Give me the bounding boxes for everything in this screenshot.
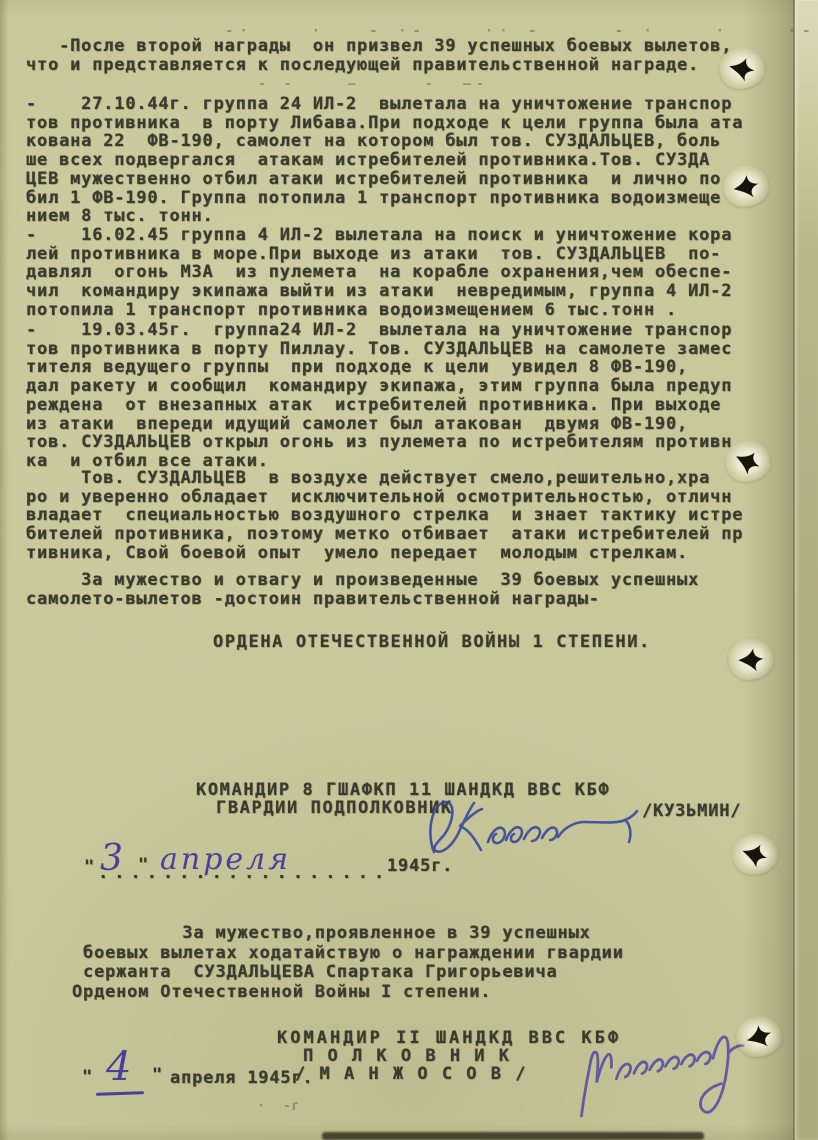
award-line: ОРДЕНА ОТЕЧЕСТВЕННОЙ ВОЙНЫ 1 СТЕПЕНИ. [213, 633, 651, 652]
paragraph-sortie-3: - 19.03.45г. группа24 ИЛ-2 вылетала на у… [26, 321, 732, 471]
paragraph-intro: -После второй награды он призвел 39 успе… [26, 37, 732, 74]
binding-edge-strip [795, 0, 818, 1140]
date1-typed-year: 1945г. [387, 857, 453, 876]
punch-hole [732, 833, 778, 875]
tear-icon [726, 53, 758, 83]
date2-open-quote: " [82, 1068, 93, 1087]
date2-stray-marks: · -г [257, 1098, 300, 1117]
sig1-typed-name: /КУЗЬМИН/ [642, 802, 741, 821]
punch-hole [723, 165, 769, 207]
page-left-edge-shade [0, 0, 9, 1140]
tear-icon [735, 644, 767, 674]
tear-icon [730, 171, 762, 201]
date2-close-quote: " [152, 1066, 163, 1085]
faded-underline-marks: - - – - –- [258, 76, 489, 95]
paragraph-sortie-2: - 16.02.45 группа 4 ИЛ-2 вылетала на пои… [26, 226, 732, 320]
paragraph-conclusion: За мужество и отвагу и произведенные 39 … [26, 571, 699, 608]
date2-ink-underline [96, 1091, 144, 1096]
tear-icon [732, 446, 764, 476]
punch-hole [728, 638, 774, 680]
date1-open-quote: " [84, 858, 95, 877]
scan-edge-artifact [322, 1132, 704, 1140]
tear-icon [739, 839, 771, 869]
date-line-1: " 3 " .................. апреля 1945г. [84, 848, 544, 896]
punch-hole [736, 1015, 782, 1057]
paragraph-sortie-1: - 27.10.44г. группа 24 ИЛ-2 вылетала на … [26, 95, 743, 226]
paragraph-character: Тов. СУЗДАЛЬЦЕВ в воздухе действует смел… [26, 469, 743, 563]
date-line-2: " 4 " апреля 1945г. · -г [82, 1056, 542, 1104]
date1-handwritten-month: апреля [160, 842, 291, 877]
date2-typed-rest: апреля 1945г. [170, 1069, 313, 1088]
paragraph-endorsement: За мужество,проявленное в 39 успешных бо… [72, 924, 624, 1002]
punch-hole [725, 440, 771, 482]
punch-hole [719, 47, 765, 89]
document-page: -· · - ·- ·· - - · · ·- -После второй на… [0, 0, 818, 1140]
date2-handwritten-day: 4 [106, 1044, 131, 1090]
tear-icon [743, 1021, 775, 1051]
